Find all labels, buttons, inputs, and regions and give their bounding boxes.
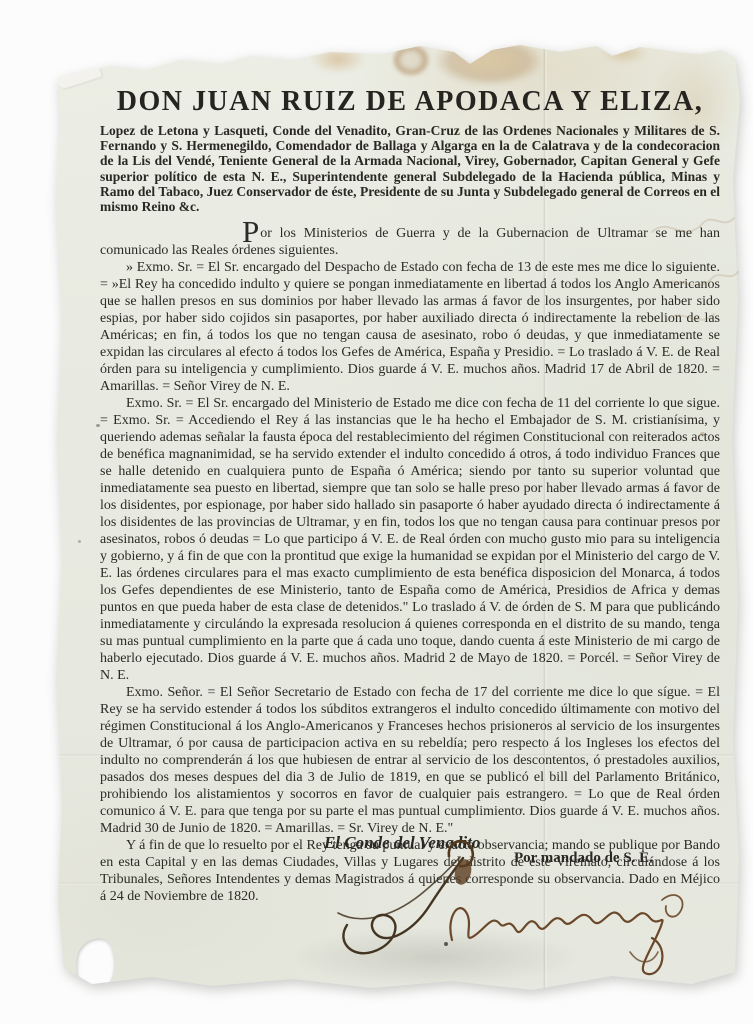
royal-order-paragraph-3: Exmo. Señor. = El Señor Secretario de Es…: [100, 684, 720, 837]
foxing-spot: [78, 540, 81, 543]
stain: [600, 42, 648, 64]
paper-sheet: DON JUAN RUIZ DE APODACA Y ELIZA, Lopez …: [52, 40, 744, 996]
drop-cap-initial: P: [242, 214, 259, 249]
paper-sheet-wrapper: DON JUAN RUIZ DE APODACA Y ELIZA, Lopez …: [52, 40, 744, 996]
stain: [434, 36, 544, 86]
viceroy-signature-printed-name: El Conde del Venadito: [324, 833, 480, 853]
torn-corner-flap: [50, 46, 102, 90]
scanned-broadside-page: DON JUAN RUIZ DE APODACA Y ELIZA, Lopez …: [0, 0, 753, 1024]
intro-text: or los Ministerios de Guerra y de la Gub…: [100, 226, 720, 258]
document-title: DON JUAN RUIZ DE APODACA Y ELIZA,: [100, 86, 720, 118]
foxing-spot: [444, 942, 448, 946]
royal-order-paragraph-1: » Exmo. Sr. = El Sr. encargado del Despa…: [100, 259, 720, 395]
paper-hole: [72, 936, 117, 997]
titles-and-honors-paragraph: Lopez de Letona y Lasqueti, Conde del Ve…: [100, 123, 720, 214]
intro-paragraph: Por los Ministerios de Guerra y de la Gu…: [100, 225, 720, 259]
by-order-line: Por mandado de S. E.: [514, 850, 653, 867]
royal-order-paragraph-2: Exmo. Sr. = El Sr. encargado del Ministe…: [100, 395, 720, 684]
printed-text-block: DON JUAN RUIZ DE APODACA Y ELIZA, Lopez …: [100, 86, 720, 905]
bottom-edge-smudge: [290, 928, 580, 986]
stain: [310, 44, 366, 74]
stain: [388, 40, 434, 80]
